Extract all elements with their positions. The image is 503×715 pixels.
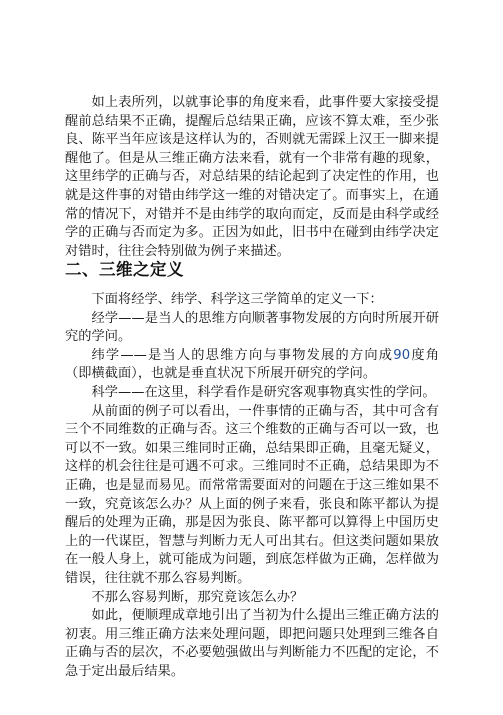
paragraph-conclusion: 如此，便顺理成章地引出了当初为什么提出三维正确方法的初衷。用三维正确方法来处理问…	[65, 607, 439, 681]
angle-number: 90	[393, 348, 410, 363]
document-page: 如上表所列，以就事论事的角度来看，此事件要大家接受提醒前总结果不正确，提醒后总结…	[65, 94, 439, 261]
section-heading: 二、三维之定义	[65, 256, 184, 280]
paragraph-kexue-definition: 科学——在这里，科学看作是研究客观事物真实性的学问。	[65, 384, 439, 403]
paragraph-question: 不那么容易判断，那究竟该怎么办？	[65, 589, 439, 608]
paragraph-three-dimensions: 从前面的例子可以看出，一件事情的正确与否，其中可含有三个不同维数的正确与否。这三…	[65, 403, 439, 589]
weixue-text-a: 纬学——是当人的思维方向与事物发展的方向成	[92, 348, 394, 363]
paragraph-weixue-definition: 纬学——是当人的思维方向与事物发展的方向成90度角（即横截面），也就是垂直状况下…	[65, 347, 439, 384]
intro-paragraph: 如上表所列，以就事论事的角度来看，此事件要大家接受提醒前总结果不正确，提醒后总结…	[65, 94, 439, 261]
paragraph-intro-definitions: 下面将经学、纬学、科学这三学简单的定义一下：	[65, 291, 439, 310]
definitions-section: 下面将经学、纬学、科学这三学简单的定义一下： 经学——是当人的思维方向顺著事物发…	[65, 291, 439, 681]
paragraph-jingxue-definition: 经学——是当人的思维方向顺著事物发展的方向时所展开研究的学问。	[65, 310, 439, 347]
